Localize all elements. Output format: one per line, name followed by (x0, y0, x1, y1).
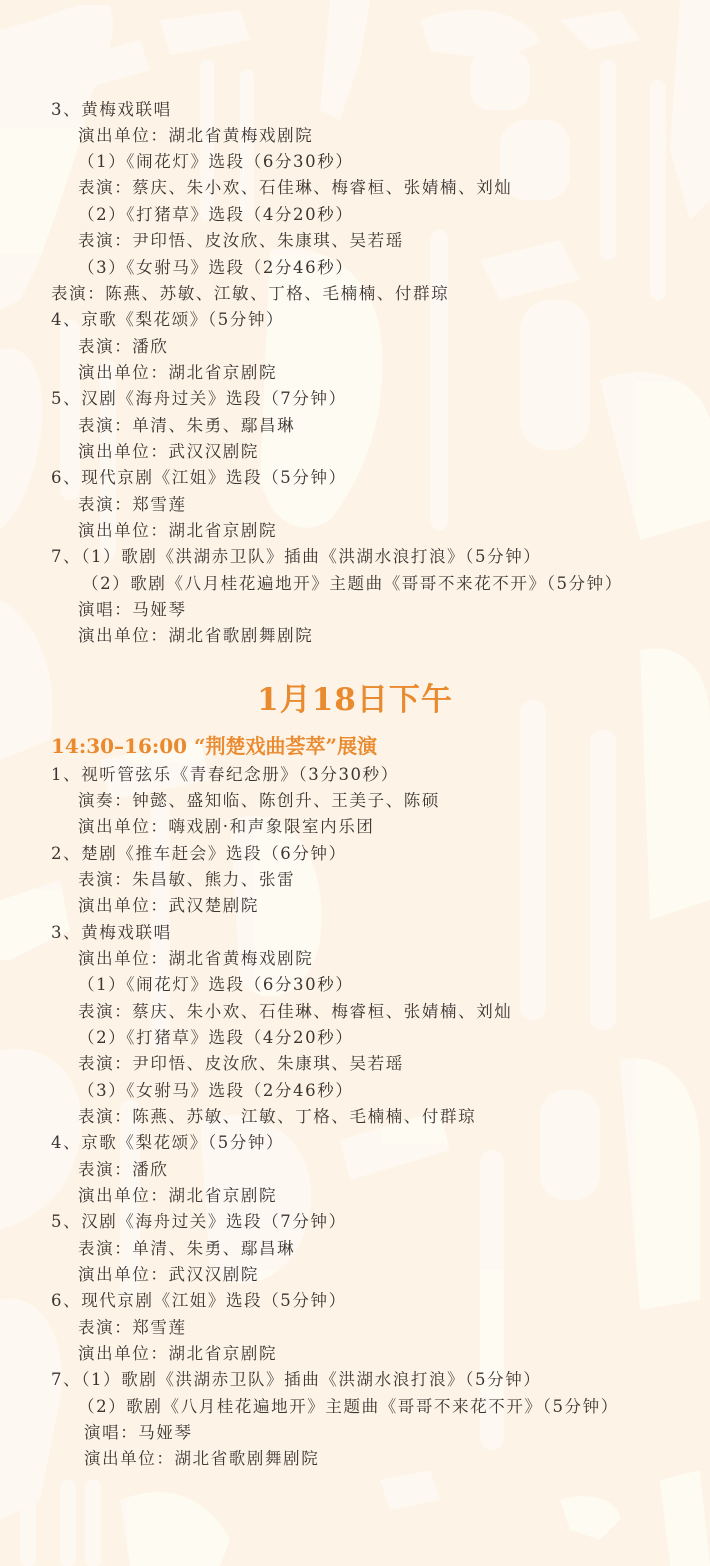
program-subitem: （2）《打猪草》选段（4分20秒） (78, 205, 353, 225)
program-item-unit: 演出单位：湖北省京剧院 (78, 363, 277, 383)
program-item-title: 5、汉剧《海舟过关》选段（7分钟） (51, 389, 347, 409)
program-item-performers: 表演：单清、朱勇、鄢昌琳 (78, 416, 295, 436)
program-item-performers: 表演：朱昌敏、熊力、张雷 (78, 870, 295, 890)
program-item-performers: 表演：单清、朱勇、鄢昌琳 (78, 1239, 295, 1259)
program-item-title: 4、京歌《梨花颂》（5分钟） (51, 1133, 284, 1153)
program-subitem: （1）《闹花灯》选段（6分30秒） (78, 975, 353, 995)
program-item-title: 1、视听管弦乐《青春纪念册》（3分30秒） (51, 765, 399, 785)
program-item-unit: 演出单位：武汉楚剧院 (78, 896, 259, 916)
program-item-title: 6、现代京剧《江姐》选段（5分钟） (51, 1291, 347, 1311)
program-subitem: （1）《闹花灯》选段（6分30秒） (78, 152, 353, 172)
program-item-title: 6、现代京剧《江姐》选段（5分钟） (51, 468, 347, 488)
program-item-title: 7、（1）歌剧《洪湖赤卫队》插曲《洪湖水浪打浪》（5分钟） (51, 1370, 541, 1390)
program-item-title: 3、黄梅戏联唱 (51, 923, 172, 943)
program-item-performers: 表演：潘欣 (78, 337, 169, 357)
program-item-title: 5、汉剧《海舟过关》选段（7分钟） (51, 1212, 347, 1232)
program-item-performers: 演唱：马娅琴 (84, 1423, 193, 1443)
program-item-performers: 表演：郑雪莲 (78, 1318, 187, 1338)
program-item-performers: 演唱：马娅琴 (78, 600, 187, 620)
program-item-unit: 演出单位：武汉汉剧院 (78, 1265, 259, 1285)
program-subitem: （2）《打猪草》选段（4分20秒） (78, 1028, 353, 1048)
program-item-performers: 表演：潘欣 (78, 1160, 169, 1180)
program-subitem: （3）《女驸马》选段（2分46秒） (78, 1081, 353, 1101)
program-item-unit: 演出单位：湖北省京剧院 (78, 521, 277, 541)
program-item-title: 7、（1）歌剧《洪湖赤卫队》插曲《洪湖水浪打浪》（5分钟） (51, 547, 541, 567)
program-subitem: （2）歌剧《八月桂花遍地开》主题曲《哥哥不来花不开》（5分钟） (78, 1397, 619, 1417)
program-item-unit: 演出单位：湖北省黄梅戏剧院 (78, 126, 313, 146)
program-item-unit: 演出单位：湖北省京剧院 (78, 1344, 277, 1364)
program-item-unit: 演出单位：武汉汉剧院 (78, 442, 259, 462)
program-item-performers: 演奏：钟懿、盛知临、陈创升、王美子、陈硕 (78, 791, 440, 811)
program-item-unit: 演出单位：湖北省京剧院 (78, 1186, 277, 1206)
day-heading: 1月18日下午 (0, 680, 710, 720)
program-item-unit: 演出单位：湖北省歌剧舞剧院 (84, 1449, 319, 1469)
program-item-performers: 表演：陈燕、苏敏、江敏、丁格、毛楠楠、付群琼 (78, 1107, 476, 1127)
program-item-unit: 演出单位：湖北省黄梅戏剧院 (78, 949, 313, 969)
program-item-performers: 表演：尹印悟、皮汝欣、朱康琪、吴若瑶 (78, 1054, 404, 1074)
program-subitem: （2）歌剧《八月桂花遍地开》主题曲《哥哥不来花不开》（5分钟） (82, 574, 623, 594)
program-item-title: 3、黄梅戏联唱 (51, 100, 172, 120)
program-item-performers: 表演：郑雪莲 (78, 495, 187, 515)
program-item-unit: 演出单位：湖北省歌剧舞剧院 (78, 626, 313, 646)
session-heading: 14:30–16:00 “荆楚戏曲荟萃”展演 (51, 733, 377, 759)
program-item-performers: 表演：尹印悟、皮汝欣、朱康琪、吴若瑶 (78, 231, 404, 251)
program-item-performers: 表演：蔡庆、朱小欢、石佳琳、梅睿桓、张婧楠、刘灿 (78, 1002, 512, 1022)
program-item-title: 4、京歌《梨花颂》（5分钟） (51, 310, 284, 330)
program-item-performers: 表演：陈燕、苏敏、江敏、丁格、毛楠楠、付群琼 (51, 284, 449, 304)
program-item-unit: 演出单位：嗨戏剧·和声象限室内乐团 (78, 817, 374, 837)
program-subitem: （3）《女驸马》选段（2分46秒） (78, 258, 353, 278)
program-item-title: 2、楚剧《推车赶会》选段（6分钟） (51, 844, 347, 864)
program-item-performers: 表演：蔡庆、朱小欢、石佳琳、梅睿桓、张婧楠、刘灿 (78, 178, 512, 198)
